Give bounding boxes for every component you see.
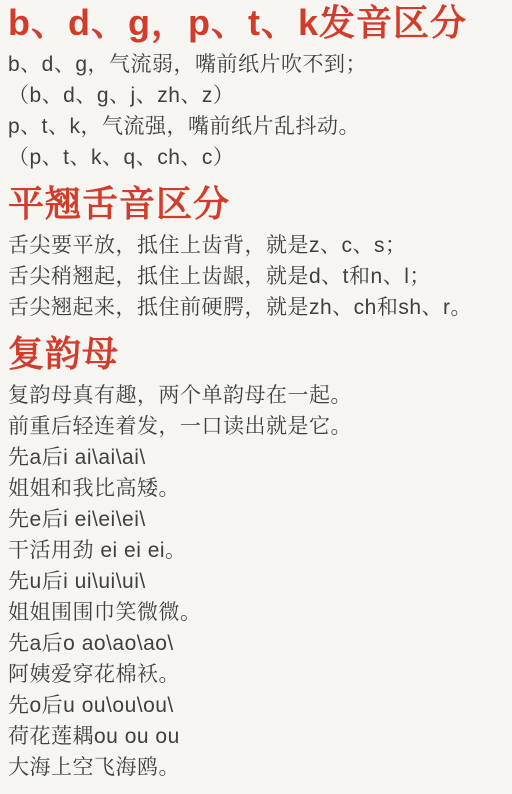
text-line: 先e后i ei\ei\ei\ bbox=[8, 509, 506, 530]
section-heading: 平翘舌音区分 bbox=[8, 183, 506, 224]
text-line: 先a后i ai\ai\ai\ bbox=[8, 447, 506, 468]
text-line: 干活用劲 ei ei ei。 bbox=[8, 540, 506, 561]
text-line: （p、t、k、q、ch、c） bbox=[8, 147, 506, 168]
text-line: 先u后i ui\ui\ui\ bbox=[8, 571, 506, 592]
text-line: p、t、k，气流强，嘴前纸片乱抖动。 bbox=[8, 116, 506, 137]
text-line: 复韵母真有趣，两个单韵母在一起。 bbox=[8, 385, 506, 406]
text-line: 舌尖稍翘起，抵住上齿龈，就是d、t和n、l； bbox=[8, 266, 506, 287]
section-heading: b、d、g，p、t、k发音区分 bbox=[8, 2, 506, 43]
text-line: 荷花莲耦ou ou ou bbox=[8, 726, 506, 747]
text-line: 大海上空飞海鸥。 bbox=[8, 757, 506, 778]
section-heading: 复韵母 bbox=[8, 333, 506, 374]
section-compound-finals: 复韵母 复韵母真有趣，两个单韵母在一起。 前重后轻连着发，一口读出就是它。 先a… bbox=[8, 333, 506, 778]
text-line: b、d、g，气流弱，嘴前纸片吹不到； bbox=[8, 54, 506, 75]
text-line: 舌尖要平放，抵住上齿背，就是z、c、s； bbox=[8, 235, 506, 256]
text-line: 阿姨爱穿花棉袄。 bbox=[8, 664, 506, 685]
text-line: 前重后轻连着发，一口读出就是它。 bbox=[8, 416, 506, 437]
text-line: （b、d、g、j、zh、z） bbox=[8, 85, 506, 106]
text-line: 姐姐围围巾笑微微。 bbox=[8, 602, 506, 623]
study-sheet-page: b、d、g，p、t、k发音区分 b、d、g，气流弱，嘴前纸片吹不到； （b、d、… bbox=[0, 0, 512, 794]
text-line: 先o后u ou\ou\ou\ bbox=[8, 695, 506, 716]
section-bdg-ptk-pronunciation: b、d、g，p、t、k发音区分 b、d、g，气流弱，嘴前纸片吹不到； （b、d、… bbox=[8, 2, 506, 168]
section-flat-curled-tongue: 平翘舌音区分 舌尖要平放，抵住上齿背，就是z、c、s； 舌尖稍翘起，抵住上齿龈，… bbox=[8, 183, 506, 318]
text-line: 先a后o ao\ao\ao\ bbox=[8, 633, 506, 654]
text-line: 舌尖翘起来，抵住前硬腭，就是zh、ch和sh、r。 bbox=[8, 297, 506, 318]
text-line: 姐姐和我比高矮。 bbox=[8, 478, 506, 499]
